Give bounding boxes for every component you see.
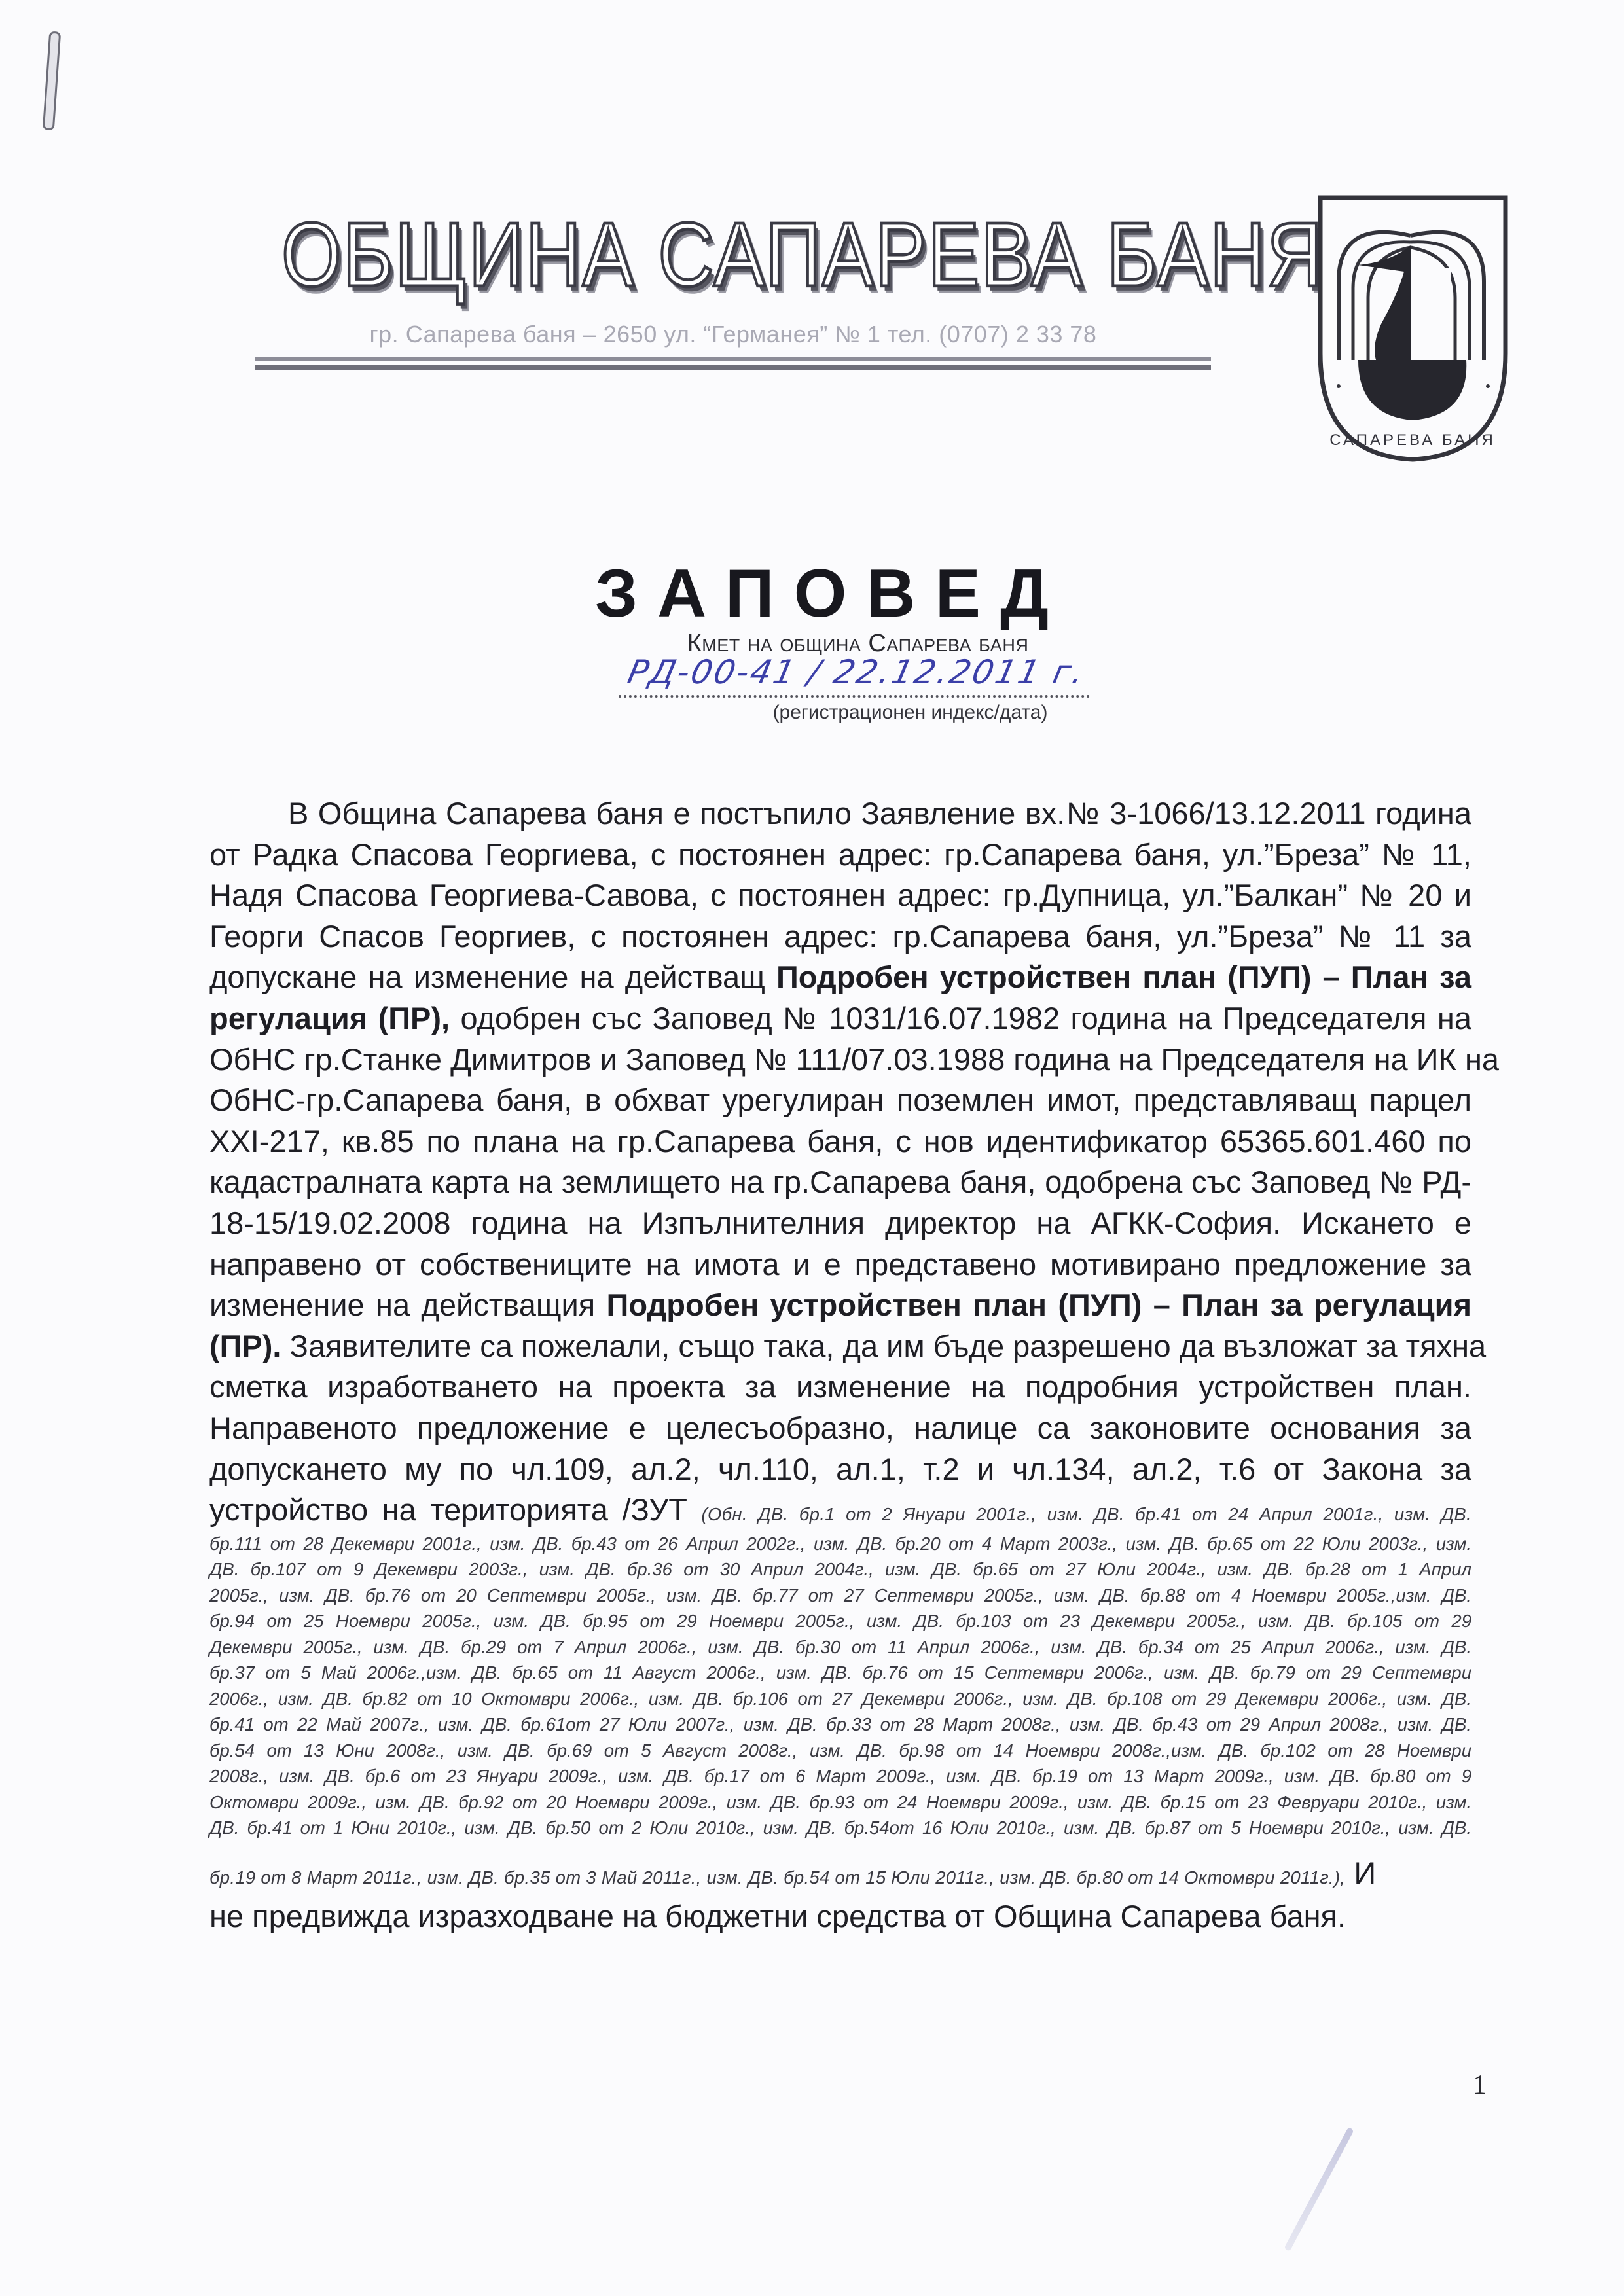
amendment-line: бр.54 от 13 Юни 2008г., изм. ДВ. бр.69 о…: [209, 1738, 1471, 1764]
body-line: сметка изработването на проекта за измен…: [209, 1367, 1471, 1408]
body-line: 18-15/19.02.2008 година на Изпълнителния…: [209, 1203, 1471, 1244]
body-line: Надя Спасова Георгиева-Савова, с постоян…: [209, 875, 1471, 916]
body-text: одобрен със Заповед № 1031/16.07.1982 го…: [450, 1001, 1471, 1035]
letterhead-rule-thin: [255, 357, 1211, 361]
body-line: регулация (ПР), одобрен със Заповед № 10…: [209, 998, 1471, 1039]
body-line: (ПР). Заявителите са пожелали, също така…: [209, 1326, 1471, 1367]
body-text: И: [1345, 1856, 1376, 1890]
letterhead: ОБЩИНА САПАРЕВА БАНЯ гр. Сапарева баня –…: [255, 209, 1211, 370]
body-line: Направеното предложение е целесъобразно,…: [209, 1408, 1471, 1449]
body-line: В Община Сапарева баня е постъпило Заявл…: [209, 793, 1471, 834]
body-line: кадастралната карта на землището на гр.С…: [209, 1162, 1471, 1203]
body-line: направено от собствениците на имота и е …: [209, 1244, 1471, 1285]
amendment-line: 2006г., изм. ДВ. бр.82 от 10 Октомври 20…: [209, 1686, 1471, 1712]
amendment-line: Октомври 2009г., изм. ДВ. бр.92 от 20 Но…: [209, 1789, 1471, 1816]
body-line: допускането му по чл.109, ал.2, чл.110, …: [209, 1449, 1471, 1490]
document-title: ЗАПОВЕД: [0, 560, 1624, 628]
plan-title-bold: Подробен устройствен план (ПУП) – План з…: [607, 1287, 1471, 1322]
amendment-line: ДВ. бр.41 от 1 Юни 2010г., изм. ДВ. бр.5…: [209, 1815, 1471, 1841]
municipality-crest-icon: САПАРЕВА БАНЯ: [1312, 190, 1515, 465]
plan-title-bold: (ПР).: [209, 1329, 281, 1363]
amendments-text: бр.19 от 8 Март 2011г., изм. ДВ. бр.35 о…: [209, 1867, 1345, 1888]
amendment-line: 2008г., изм. ДВ. бр.6 от 23 Януари 2009г…: [209, 1763, 1471, 1789]
amendment-line: 2005г., изм. ДВ. бр.76 от 20 Септември 2…: [209, 1583, 1471, 1609]
body-text: Заявителите са пожелали, също така, да и…: [281, 1329, 1487, 1363]
closing-line: не предвижда изразходване на бюджетни ср…: [209, 1896, 1471, 1937]
organization-name: ОБЩИНА САПАРЕВА БАНЯ: [255, 209, 1211, 300]
amendment-last-line: бр.19 от 8 Март 2011г., изм. ДВ. бр.35 о…: [209, 1850, 1471, 1896]
body-text: допускане на изменение на действащ: [209, 960, 776, 994]
body-line-zut: устройство на територията /ЗУТ (Обн. ДВ.…: [209, 1490, 1471, 1531]
pen-mark: [1284, 2127, 1354, 2251]
staple-mark: [43, 31, 61, 131]
amendments-text: (Обн. ДВ. бр.1 от 2 Януари 2001г., изм. …: [701, 1504, 1471, 1524]
organization-address: гр. Сапарева баня – 2650 ул. “Германея” …: [255, 321, 1211, 348]
order-body: В Община Сапарева баня е постъпило Заявл…: [209, 793, 1471, 1937]
registration-handwritten-value: РД-00-41 / 22.12.2011 г.: [624, 653, 1089, 691]
amendment-line: Декември 2005г., изм. ДВ. бр.29 от 7 Апр…: [209, 1634, 1471, 1660]
body-text: изменение на действащия: [209, 1287, 607, 1322]
letterhead-rule-thick: [255, 365, 1211, 370]
body-line: допускане на изменение на действащ Подро…: [209, 957, 1471, 998]
body-line: XXI-217, кв.85 по плана на гр.Сапарева б…: [209, 1121, 1471, 1162]
amendment-line: бр.94 от 25 Ноември 2005г., изм. ДВ. бр.…: [209, 1608, 1471, 1634]
body-line: Георги Спасов Георгиев, с постоянен адре…: [209, 916, 1471, 958]
amendment-line: бр.37 от 5 Май 2006г.,изм. ДВ. бр.65 от …: [209, 1660, 1471, 1686]
amendment-line: бр.111 от 28 Декември 2001г., изм. ДВ. б…: [209, 1531, 1471, 1557]
body-line: ОбНС-гр.Сапарева баня, в обхват урегулир…: [209, 1080, 1471, 1121]
body-line: изменение на действащия Подробен устройс…: [209, 1285, 1471, 1326]
plan-title-bold: регулация (ПР),: [209, 1001, 450, 1035]
crest-label: САПАРЕВА БАНЯ: [1329, 431, 1496, 449]
amendments-list: бр.111 от 28 Декември 2001г., изм. ДВ. б…: [209, 1531, 1471, 1841]
body-text: устройство на територията /ЗУТ: [209, 1492, 701, 1527]
body-line: от Радка Спасова Георгиева, с постоянен …: [209, 834, 1471, 876]
amendment-line: бр.41 от 22 Май 2007г., изм. ДВ. бр.61от…: [209, 1712, 1471, 1738]
amendment-line: ДВ. бр.107 от 9 Декември 2003г., изм. ДВ…: [209, 1556, 1471, 1583]
plan-title-bold: Подробен устройствен план (ПУП) – План з…: [776, 960, 1471, 994]
page-number: 1: [1473, 2070, 1487, 2101]
body-line: ОбНС гр.Станке Димитров и Заповед № 111/…: [209, 1039, 1471, 1081]
registration-caption: (регистрационен индекс/дата): [0, 702, 1624, 724]
